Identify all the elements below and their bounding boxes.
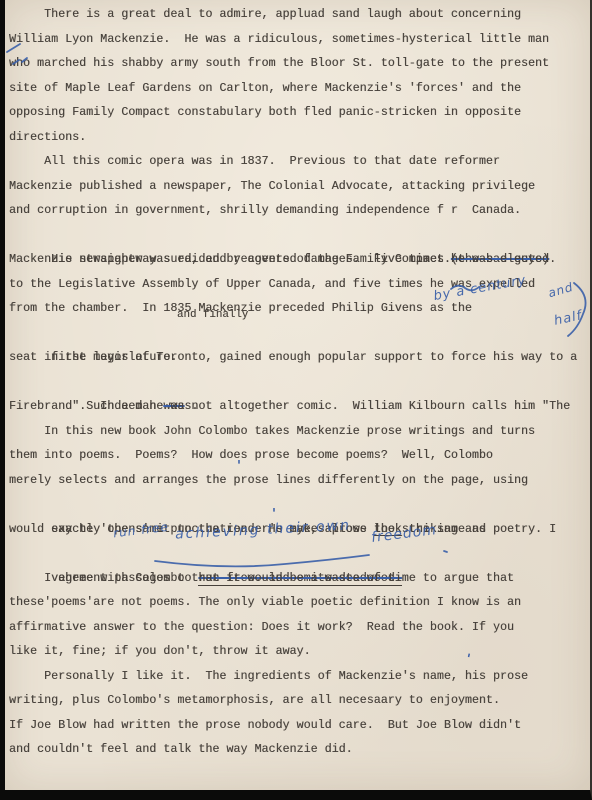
typed-line: Personally I like it. The ingredients of… [9,664,588,689]
typed-line: and couldn't feel and talk the way Macke… [9,737,588,762]
typed-text: not altogether comic. William Kilbourn c… [184,399,570,413]
typed-line: If Joe Blow had written the prose nobody… [9,713,588,738]
typed-line: these'poems'are not poems. The only viab… [9,590,588,615]
typed-line: directions. [9,125,588,150]
typed-line-with-underline: exactly the same punctuation. He makes p… [9,492,588,517]
typed-line: In this new book John Colombo takes Mack… [9,419,588,444]
typed-line-with-correction: Such a man was not altogether comic. Wil… [9,370,588,395]
typed-text: gained enough popular support to force h… [212,350,577,364]
typed-line: There is a great deal to admire, appluad… [9,2,588,27]
typed-text: . [549,252,556,266]
pen-apostrophe-mark: ' [272,507,276,522]
typed-line: them into poems. Poems? How does prose b… [9,443,588,468]
typed-line: and corruption in government, shrilly de… [9,198,588,223]
typed-manuscript-page: There is a great deal to admire, appluad… [0,0,592,800]
typed-line: opposing Family Compact constabulary bot… [9,100,588,125]
typed-line: like it, fine; if you don't, throw it aw… [9,639,588,664]
typed-line: writing, plus Colombo's metamorphosis, a… [9,688,588,713]
typed-line-with-deletion: vehement passages to run free. and omits… [9,541,588,566]
typed-line: affirmative answer to the question: Does… [9,615,588,640]
typed-line: who marched his shabby army south from t… [9,51,588,76]
typed-line: Mackenzie straightway sued, and recovere… [9,247,588,272]
typed-line: merely selects and arranges the prose li… [9,468,588,493]
typed-line: from the chamber. In 1835 Mackenzie prec… [9,296,588,321]
typed-text-column: There is a great deal to admire, appluad… [9,2,588,762]
typed-line: site of Maple Leaf Gardens on Carlton, w… [9,76,588,101]
typed-line: William Lyon Mackenzie. He was a ridicul… [9,27,588,52]
typed-line-with-insertion: first mayor of Toronto, gained enough po… [9,321,588,346]
pen-apostrophe-mark: ' [237,459,241,474]
typed-interlinear-insertion: and finally [177,309,248,321]
typed-line: All this comic opera was in 1837. Previo… [9,149,588,174]
typed-line-with-deletion: His newspaper was raided by agents of th… [9,223,588,248]
typed-line: Mackenzie published a newspaper, The Col… [9,174,588,199]
typed-line: I agree with Colombo that it would be a … [9,566,588,591]
